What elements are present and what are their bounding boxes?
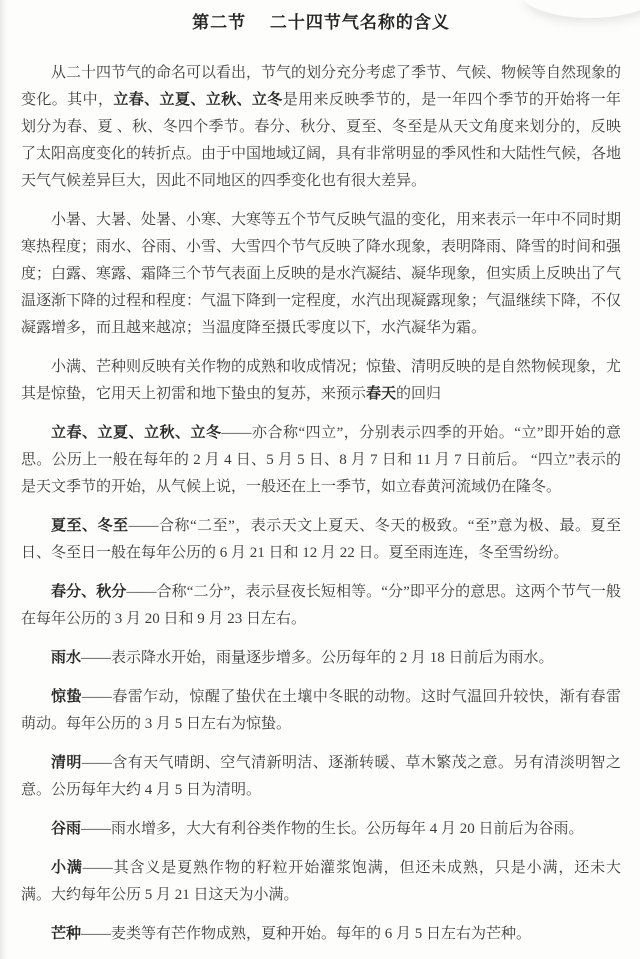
bold-term: 夏至、冬至 (51, 518, 128, 534)
scan-edge-shadow (0, 0, 7, 959)
paragraph: 小暑、大暑、处暑、小寒、大寒等五个节气反映气温的变化，用来表示一年中不同时期寒热… (21, 207, 621, 342)
bold-term: 小满 (51, 860, 83, 876)
section-number: 第二节 (192, 13, 246, 32)
bold-term: 立春、立夏、立秋、立冬 (113, 92, 282, 108)
bold-term: 立春、立夏、立秋、立冬 (51, 425, 221, 441)
paragraph: 芒种——麦类等有芒作物成熟，夏种开始。每年的 6 月 5 日左右为芒种。 (21, 921, 621, 948)
text-run: 小满、芒种则反映有关作物的成熟和收成情况；惊蛰、清明反映的是自然物候现象，尤其是… (21, 359, 621, 402)
paragraph: 小满、芒种则反映有关作物的成熟和收成情况；惊蛰、清明反映的是自然物候现象，尤其是… (21, 354, 621, 408)
paragraph: 惊蛰——春雷乍动，惊醒了蛰伏在土壤中冬眠的动物。这时气温回升较快，渐有春雷萌动。… (21, 684, 621, 738)
bold-term: 雨水 (51, 650, 81, 666)
paragraph: 立春、立夏、立秋、立冬——亦合称“四立”，分别表示四季的开始。“立”即开始的意思… (21, 420, 621, 501)
text-run: ——含有天气晴朗、空气清新明洁、逐渐转暖、草木繁茂之意。另有清淡明智之意。公历每… (21, 755, 621, 798)
text-run: ——其含义是夏熟作物的籽粒开始灌浆饱满，但还未成熟，只是小满，还未大满。大约每年… (21, 860, 621, 903)
section-title: 二十四节气名称的含义 (270, 13, 450, 32)
document-page: 第二节二十四节气名称的含义 从二十四节气的命名可以看出，节气的划分充分考虑了季节… (0, 0, 640, 959)
paragraph: 春分、秋分——合称“二分”，表示昼夜长短相等。“分”即平分的意思。这两个节气一般… (21, 579, 621, 633)
text-run: 的回归 (396, 386, 441, 402)
bold-term: 芒种 (51, 926, 81, 942)
paragraph: 夏至、冬至——合称“二至”，表示天文上夏天、冬天的极致。“至”意为极、最。夏至日… (21, 513, 621, 567)
paragraph: 清明——含有天气晴朗、空气清新明洁、逐渐转暖、草木繁茂之意。另有清淡明智之意。公… (21, 750, 621, 804)
paragraph: 从二十四节气的命名可以看出，节气的划分充分考虑了季节、气候、物候等自然现象的变化… (21, 60, 621, 195)
bold-term: 清明 (51, 755, 82, 771)
bold-term: 谷雨 (51, 821, 81, 837)
paragraph: 小满——其含义是夏熟作物的籽粒开始灌浆饱满，但还未成熟，只是小满，还未大满。大约… (21, 855, 621, 909)
page-title: 第二节二十四节气名称的含义 (21, 10, 621, 36)
text-run: ——春雷乍动，惊醒了蛰伏在土壤中冬眠的动物。这时气温回升较快，渐有春雷萌动。每年… (21, 689, 621, 732)
text-run: ——麦类等有芒作物成熟，夏种开始。每年的 6 月 5 日左右为芒种。 (81, 926, 531, 942)
paragraph: 谷雨——雨水增多，大大有利谷类作物的生长。公历每年 4 月 20 日前后为谷雨。 (21, 816, 621, 843)
text-run: ——表示降水开始，雨量逐步增多。公历每年的 2 月 18 日前后为雨水。 (81, 650, 554, 666)
text-run: ——雨水增多，大大有利谷类作物的生长。公历每年 4 月 20 日前后为谷雨。 (81, 821, 584, 837)
text-run: 小暑、大暑、处暑、小寒、大寒等五个节气反映气温的变化，用来表示一年中不同时期寒热… (21, 212, 621, 336)
document-body: 从二十四节气的命名可以看出，节气的划分充分考虑了季节、气候、物候等自然现象的变化… (21, 60, 621, 948)
bold-term: 惊蛰 (51, 689, 82, 705)
bold-term: 春天 (366, 386, 396, 402)
paragraph: 雨水——表示降水开始，雨量逐步增多。公历每年的 2 月 18 日前后为雨水。 (21, 645, 621, 672)
bold-term: 春分、秋分 (51, 584, 126, 600)
